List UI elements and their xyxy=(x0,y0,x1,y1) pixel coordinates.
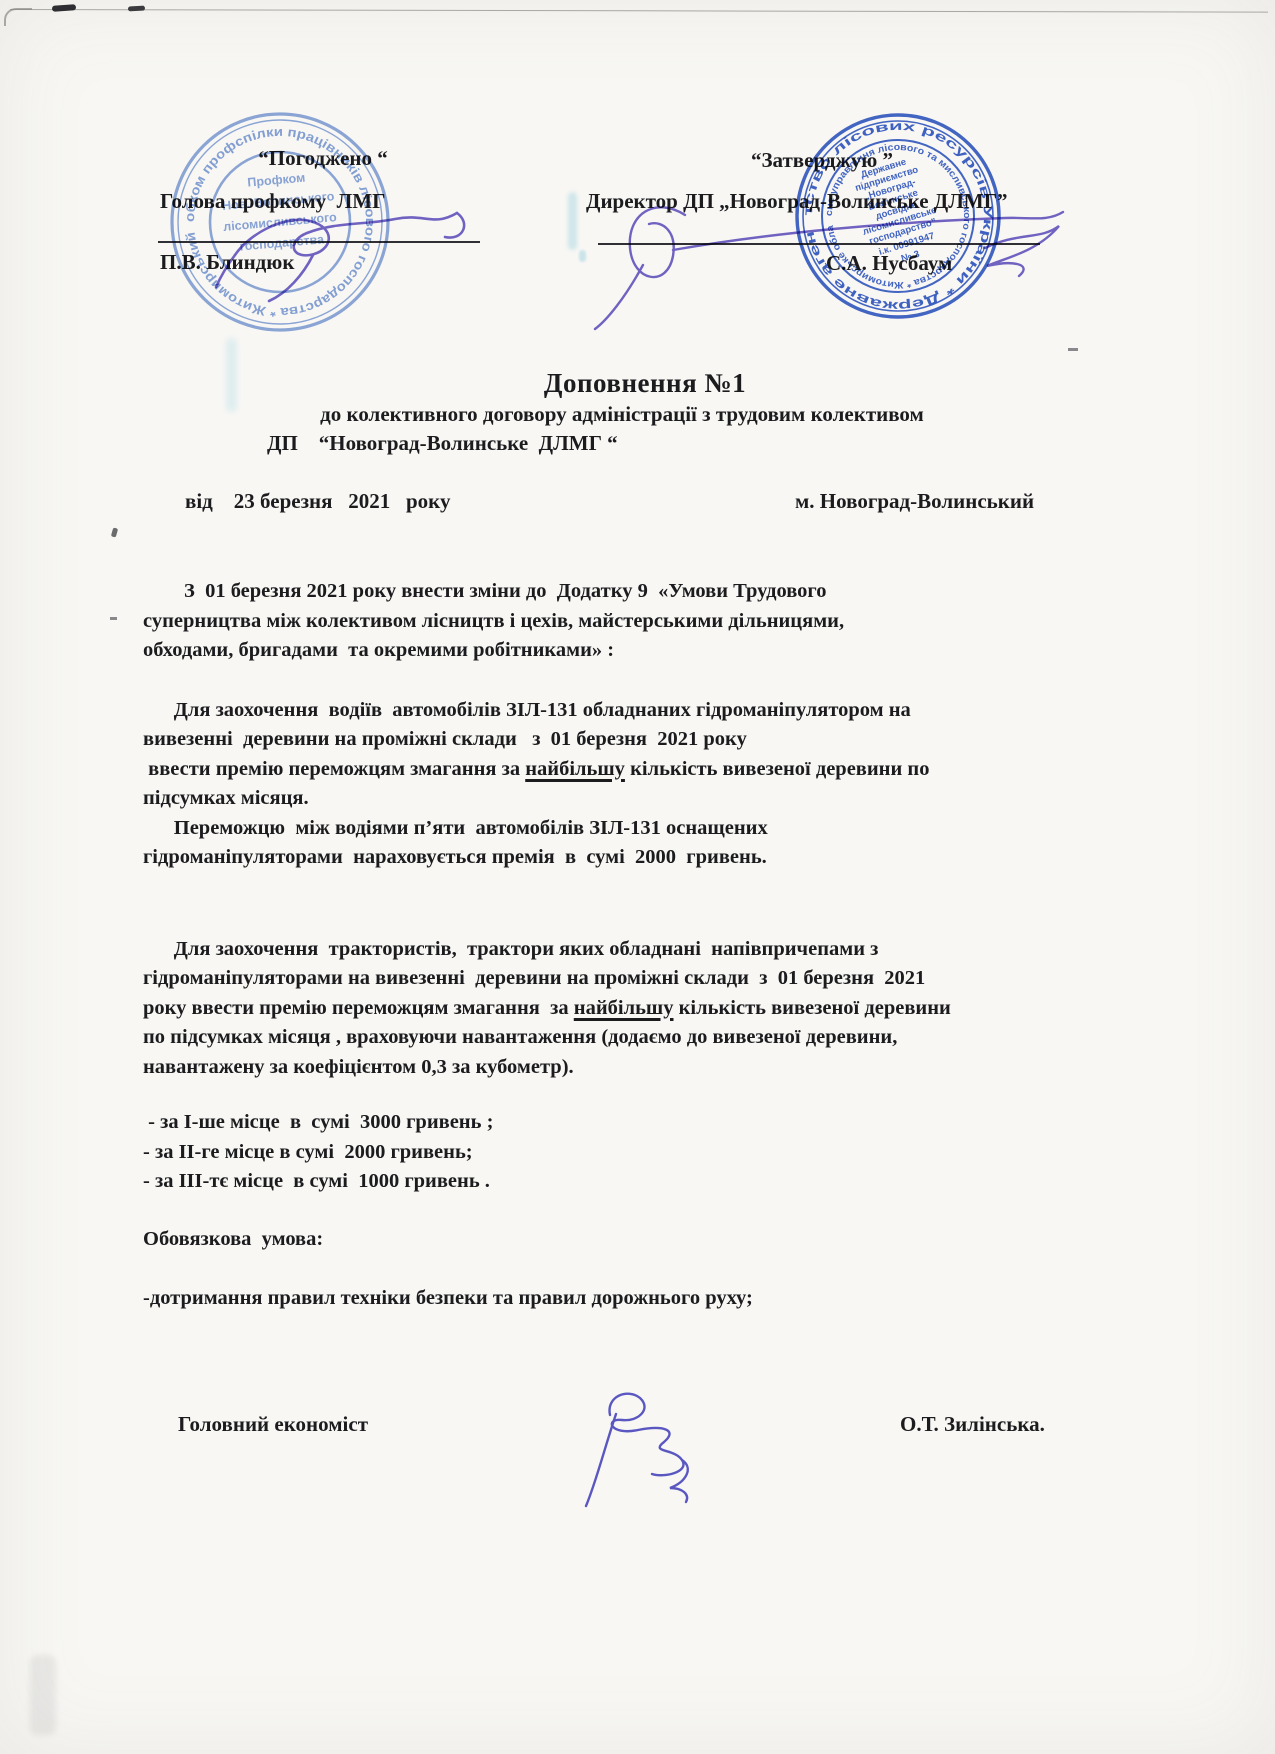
scan-smudge xyxy=(30,1655,56,1735)
body-line: Обовязкова умова: xyxy=(143,1225,1128,1255)
scan-speck xyxy=(111,527,118,537)
body-line: ввести премію переможцям змагання за най… xyxy=(143,755,1128,785)
paragraph: Для заохочення водіїв автомобілів ЗІЛ-13… xyxy=(143,696,1128,814)
body-line: вивезенні деревини на проміжні склади з … xyxy=(143,725,1128,755)
body-line: року ввести премію переможцям змагання з… xyxy=(143,994,1128,1024)
chairman-signature xyxy=(195,175,505,315)
scan-edge-line xyxy=(10,9,1268,13)
paragraph: Обовязкова умова: xyxy=(143,1225,1128,1255)
body-line: навантажену за коефіцієнтом 0,3 за кубом… xyxy=(143,1053,1128,1083)
scan-speck xyxy=(52,4,76,12)
document-city: м. Новоград-Волинський xyxy=(795,489,1034,514)
body-line: - за І-ше місце в сумі 3000 гривень ; xyxy=(143,1108,1128,1138)
document-body: З 01 березня 2021 року внести зміни до Д… xyxy=(143,577,1128,1314)
document-title: Доповнення №1 xyxy=(15,368,1275,399)
paragraph: З 01 березня 2021 року внести зміни до Д… xyxy=(143,577,1128,666)
paragraph: Переможцю між водіями п’яти автомобілів … xyxy=(143,814,1128,873)
body-line: гідроманіпуляторами нараховується премія… xyxy=(143,843,1128,873)
body-line: З 01 березня 2021 року внести зміни до Д… xyxy=(143,577,1128,607)
body-line: Для заохочення трактористів, трактори як… xyxy=(143,935,1128,965)
economist-signature xyxy=(540,1380,715,1510)
scan-corner-curl xyxy=(4,8,32,26)
scanned-document-page: “Погоджено “ Голова профкому ЛМГ П.В. Бл… xyxy=(0,0,1275,1754)
body-line: -дотримання правил техніки безпеки та пр… xyxy=(143,1284,1128,1314)
director-signature xyxy=(555,170,1075,338)
paragraph: Для заохочення трактористів, трактори як… xyxy=(143,935,1128,1083)
body-line: - за ІІ-ге місце в сумі 2000 гривень; xyxy=(143,1138,1128,1168)
document-subtitle: до колективного договору адміністрації з… xyxy=(0,402,1244,427)
body-line: суперництва між колективом лісництв і це… xyxy=(143,607,1128,637)
paragraph: - за І-ше місце в сумі 3000 гривень ;- з… xyxy=(143,1108,1128,1197)
body-line: гідроманіпуляторами на вивезенні деревин… xyxy=(143,964,1128,994)
body-line: Для заохочення водіїв автомобілів ЗІЛ-13… xyxy=(143,696,1128,726)
body-line: підсумках місяця. xyxy=(143,784,1128,814)
body-line: по підсумках місяця , враховуючи наванта… xyxy=(143,1023,1128,1053)
document-subtitle-org: ДП “Новоград-Волинське ДЛМГ “ xyxy=(267,431,618,456)
paragraph: -дотримання правил техніки безпеки та пр… xyxy=(143,1284,1128,1314)
body-line: Переможцю між водіями п’яти автомобілів … xyxy=(143,814,1128,844)
footer-name: О.Т. Зилінська. xyxy=(900,1412,1045,1437)
scan-speck xyxy=(1068,348,1078,351)
body-line: - за ІІІ-тє місце в сумі 1000 гривень . xyxy=(143,1167,1128,1197)
footer-role: Головний економіст xyxy=(178,1412,368,1437)
document-date: від 23 березня 2021 року xyxy=(185,489,450,514)
body-line: обходами, бригадами та окремими робітник… xyxy=(143,636,1128,666)
scan-speck xyxy=(128,6,145,12)
scan-speck xyxy=(110,617,117,620)
